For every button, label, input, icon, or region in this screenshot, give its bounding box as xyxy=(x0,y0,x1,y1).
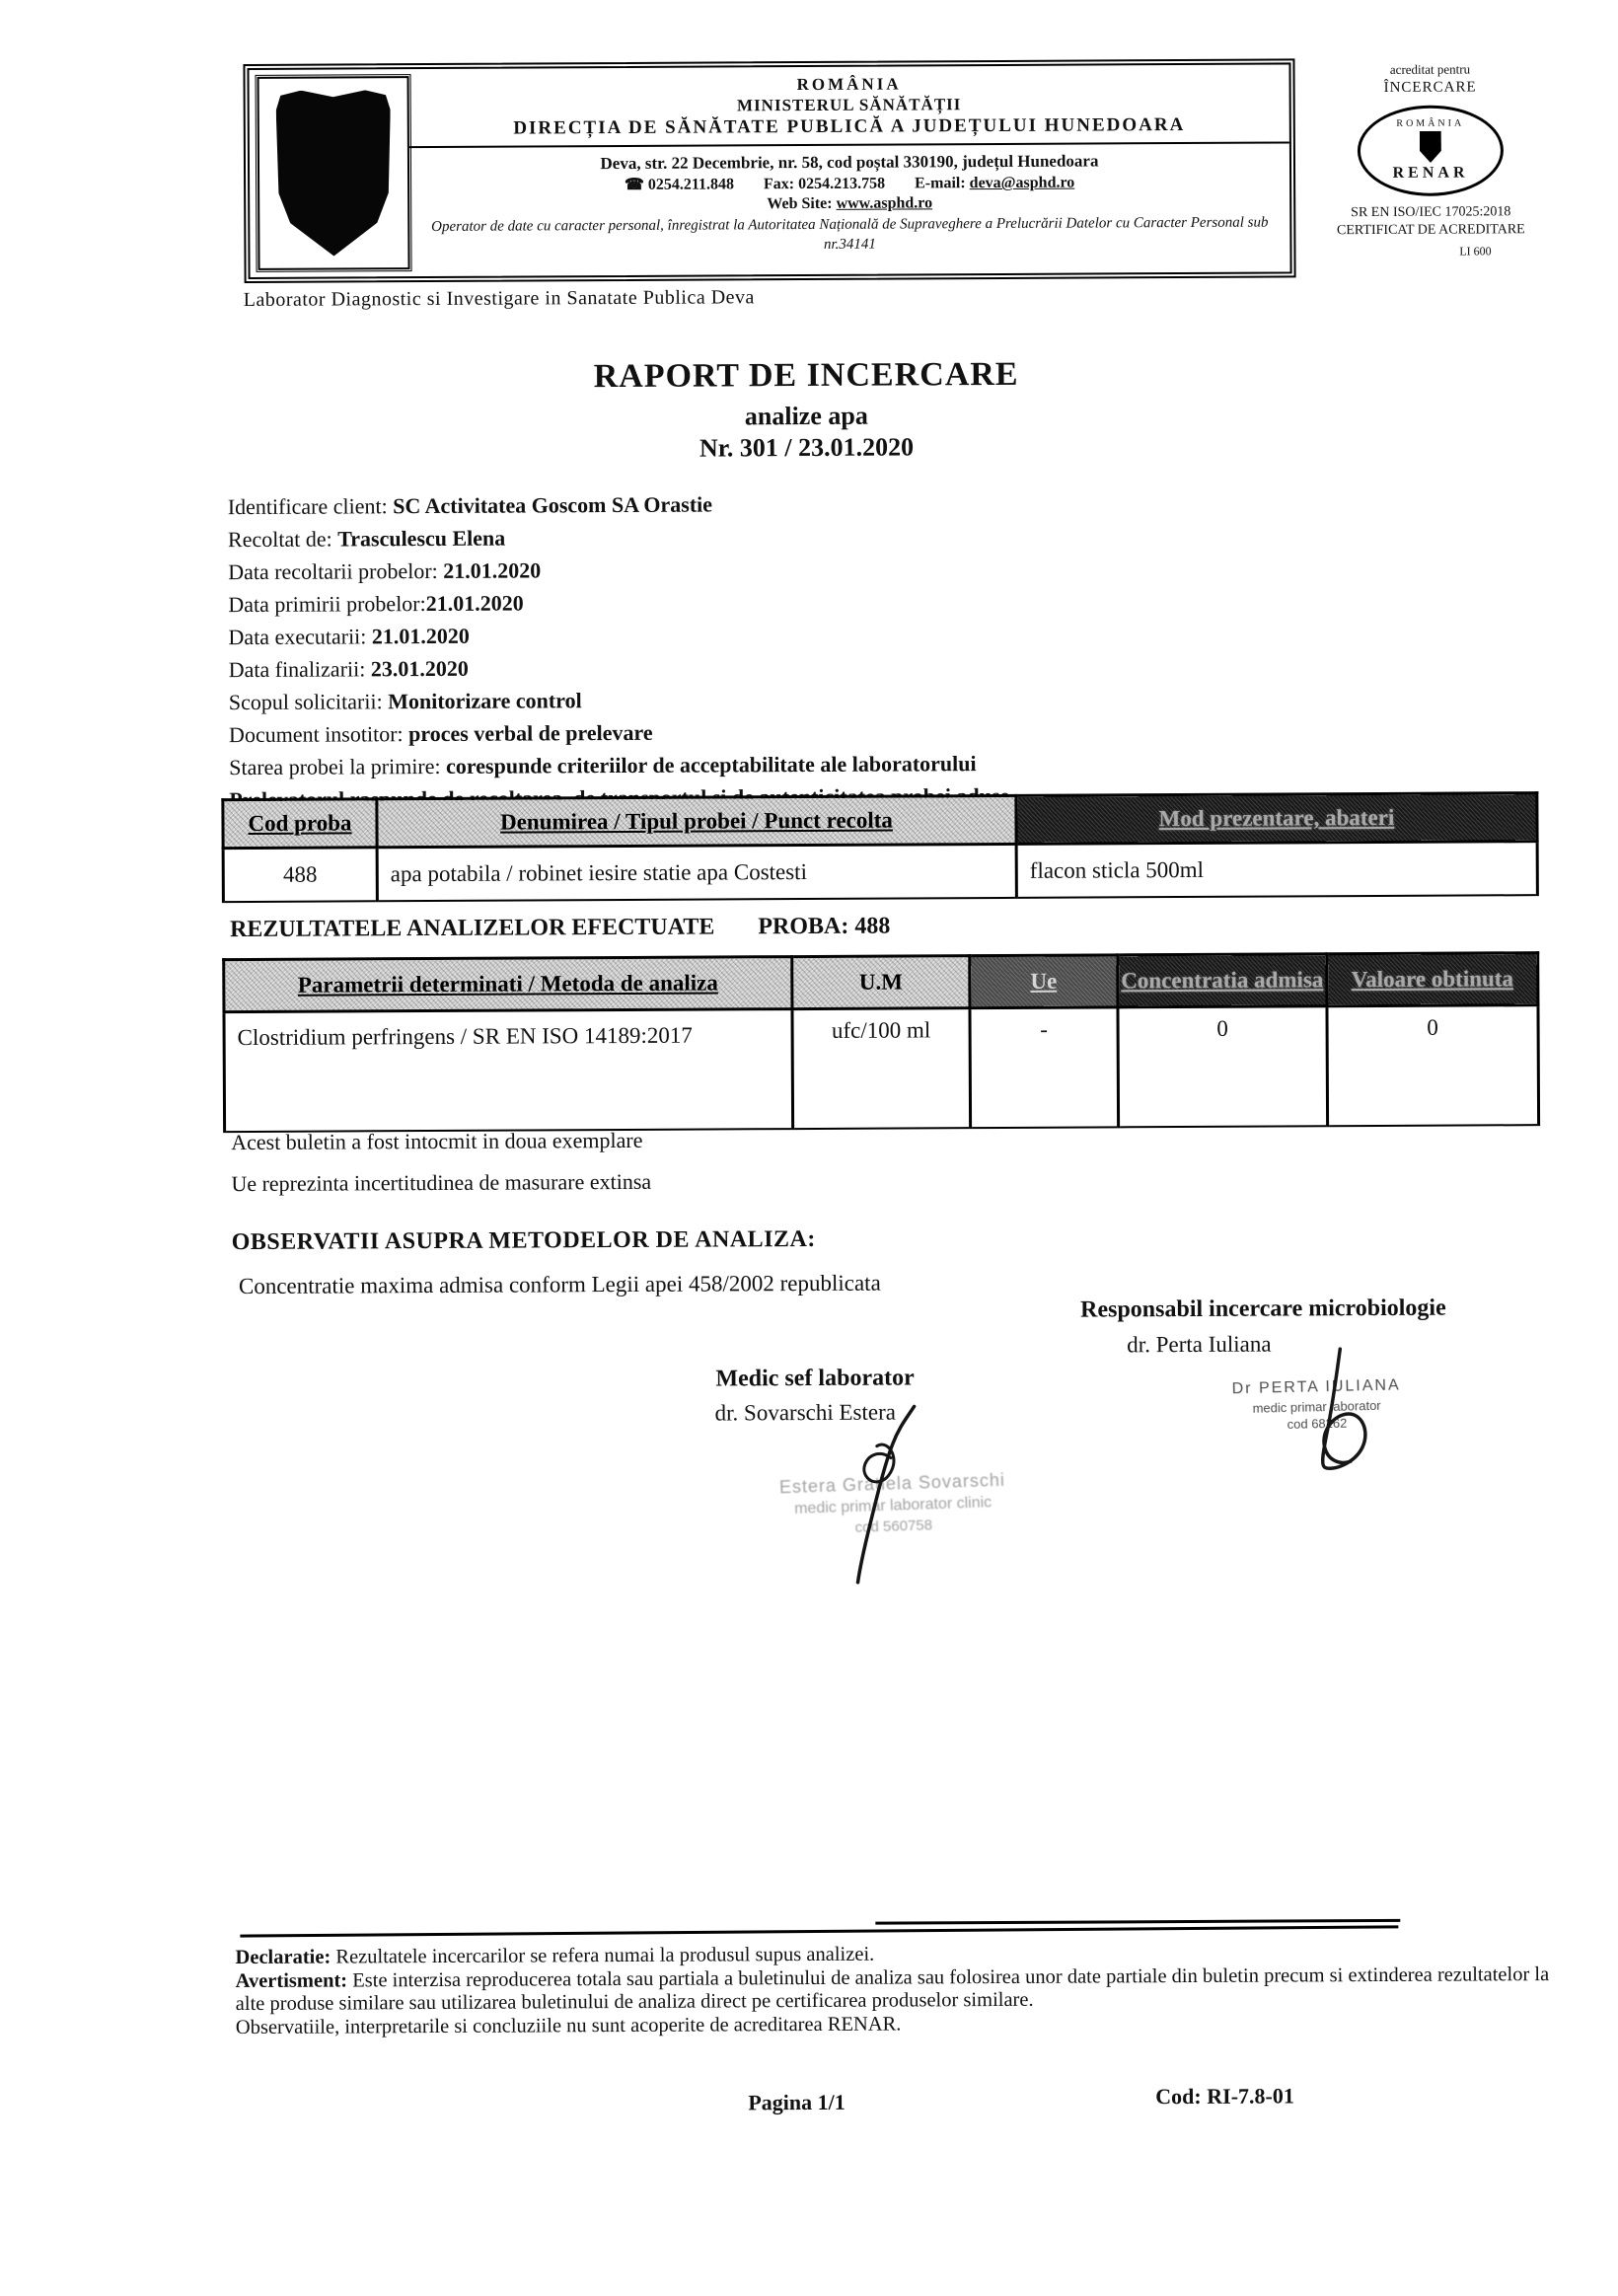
info-label: Identificare client: xyxy=(228,493,388,519)
info-label: Starea probei la primire: xyxy=(229,754,441,779)
renar-logo: ROMÂNIA RENAR xyxy=(1358,105,1504,196)
declaration-label: Declaratie: xyxy=(235,1947,331,1969)
info-label: Recoltat de: xyxy=(228,527,332,553)
info-value: corespunde criteriilor de acceptabilitat… xyxy=(446,751,977,778)
results-sample-ref: PROBA: 488 xyxy=(758,914,890,940)
letterhead-fax: 0254.213.758 xyxy=(798,176,885,192)
phone-icon: ☎ xyxy=(625,177,644,193)
info-label: Data finalizarii: xyxy=(229,656,366,682)
result-um: ufc/100 ml xyxy=(792,1008,971,1129)
scanned-report-page: ROMÂNIA MINISTERUL SĂNĂTĂȚII DIRECȚIA DE… xyxy=(0,0,1618,2296)
letterhead-operator-note: Operator de date cu caracter personal, î… xyxy=(421,214,1278,258)
letterhead-email: deva@asphd.ro xyxy=(970,175,1075,192)
sample-table-header-denumire: Denumirea / Tipul probei / Punct recolta xyxy=(377,795,1016,847)
accreditation-activity: ÎNCERCARE xyxy=(1306,78,1555,98)
coat-of-arms-box xyxy=(257,76,410,270)
results-heading: REZULTATELE ANALIZELOR EFECTUATEPROBA: 4… xyxy=(230,914,890,944)
chief-name: dr. Sovarschi Estera xyxy=(715,1400,896,1427)
results-header-concentratia: Concentratia admisa xyxy=(1118,954,1327,1007)
accreditation-standard: SR EN ISO/IEC 17025:2018 xyxy=(1306,203,1555,222)
result-parameter: Clostridium perfringens / SR EN ISO 1418… xyxy=(224,1009,793,1133)
responsible-title: Responsabil incercare microbiologie xyxy=(1080,1296,1446,1324)
accreditation-certificate-no: LI 600 xyxy=(1306,244,1555,259)
results-header-um: U.M xyxy=(792,956,970,1009)
info-label: Scopul solicitarii: xyxy=(229,689,383,714)
results-table-row: Clostridium perfringens / SR EN ISO 1418… xyxy=(224,1005,1539,1132)
info-value: 23.01.2020 xyxy=(371,656,469,682)
accreditation-tagline: acreditat pentru xyxy=(1305,61,1554,79)
report-title: RAPORT DE INCERCARE xyxy=(0,351,1615,402)
stamp-sovarschi: Estera Gratiela Sovarschi medic primar l… xyxy=(724,1466,1062,1542)
sample-table-header-cod: Cod proba xyxy=(223,799,377,849)
results-header-valoare: Valoare obtinuta xyxy=(1327,953,1538,1006)
sample-table-row: 488 apa potabila / robinet iesire statie… xyxy=(223,842,1537,902)
sample-info-block: Identificare client: SC Activitatea Gosc… xyxy=(228,483,1572,816)
result-concentratia: 0 xyxy=(1118,1006,1328,1128)
sample-cod-value: 488 xyxy=(223,848,377,902)
note-uncertainty: Ue reprezinta incertitudinea de masurare… xyxy=(231,1161,651,1205)
declaration-text: Rezultatele incercarilor se refera numai… xyxy=(335,1944,874,1968)
report-title-block: RAPORT DE INCERCARE analize apa Nr. 301 … xyxy=(0,351,1616,469)
results-header-parametri: Parametrii determinati / Metoda de anali… xyxy=(224,957,792,1012)
stamp-perta: Dr PERTA IULIANA medic primar laborator … xyxy=(1198,1374,1435,1436)
sample-denumire-value: apa potabila / robinet iesire statie apa… xyxy=(377,844,1016,901)
info-label: Data recoltarii probelor: xyxy=(228,558,438,584)
letterhead-web-label: Web Site: xyxy=(767,195,832,212)
info-label: Data primirii probelor: xyxy=(228,591,426,617)
warning-label: Avertisment: xyxy=(236,1969,348,1992)
letterhead-phone: 0254.211.848 xyxy=(648,177,734,193)
letterhead: ROMÂNIA MINISTERUL SĂNĂTĂȚII DIRECȚIA DE… xyxy=(247,62,1291,279)
info-value: Monitorizare control xyxy=(388,688,582,713)
result-valoare: 0 xyxy=(1327,1005,1539,1127)
info-value: 21.01.2020 xyxy=(443,557,541,583)
info-value: 21.01.2020 xyxy=(426,591,524,617)
footer-legal-text: Declaratie: Rezultatele incercarilor se … xyxy=(235,1940,1567,2039)
renar-logo-name: RENAR xyxy=(1393,164,1469,184)
info-value: Trasculescu Elena xyxy=(337,526,505,552)
letterhead-address: Deva, str. 22 Decembrie, nr. 58, cod poș… xyxy=(421,150,1278,175)
renar-logo-country: ROMÂNIA xyxy=(1396,117,1464,130)
result-ue: - xyxy=(970,1007,1119,1128)
coat-of-arms-icon xyxy=(276,90,392,257)
observations-heading: OBSERVATII ASUPRA METODELOR DE ANALIZA: xyxy=(232,1226,816,1256)
letterhead-divider xyxy=(409,141,1289,148)
responsible-name: dr. Perta Iuliana xyxy=(1127,1332,1271,1359)
sample-table-header-row: Cod proba Denumirea / Tipul probei / Pun… xyxy=(223,793,1537,849)
footer-divider-upper xyxy=(875,1919,1400,1925)
page-number: Pagina 1/1 xyxy=(748,2090,846,2116)
lab-name: Laborator Diagnostic si Investigare in S… xyxy=(244,286,755,312)
footer-warning: Avertisment: Este interzisa reproducerea… xyxy=(236,1963,1568,2016)
letterhead-web-line: Web Site: www.asphd.ro xyxy=(421,191,1278,215)
accreditation-block: acreditat pentru ÎNCERCARE ROMÂNIA RENAR… xyxy=(1305,61,1555,259)
letterhead-email-label: E-mail: xyxy=(915,176,966,192)
accreditation-certificate: CERTIFICAT DE ACREDITARE xyxy=(1306,221,1555,240)
sample-table-header-mod: Mod prezentare, abateri xyxy=(1016,793,1537,845)
note-copies: Acest buletin a fost intocmit in doua ex… xyxy=(231,1120,651,1163)
letterhead-text: ROMÂNIA MINISTERUL SĂNĂTĂȚII DIRECȚIA DE… xyxy=(408,64,1289,276)
observations-text: Concentratie maxima admisa conform Legii… xyxy=(239,1271,881,1299)
info-value: 21.01.2020 xyxy=(372,624,470,649)
document-code: Cod: RI-7.8-01 xyxy=(1155,2083,1294,2110)
results-heading-text: REZULTATELE ANALIZELOR EFECTUATE xyxy=(230,915,714,943)
renar-shield-icon xyxy=(1420,131,1441,163)
letterhead-directorate: DIRECȚIA DE SĂNĂTATE PUBLICĂ A JUDEȚULUI… xyxy=(421,113,1278,141)
letterhead-web: www.asphd.ro xyxy=(837,194,933,212)
chief-title: Medic sef laborator xyxy=(715,1365,914,1392)
results-header-ue: Ue xyxy=(970,955,1118,1008)
footer-divider xyxy=(240,1925,1398,1937)
report-notes: Acest buletin a fost intocmit in doua ex… xyxy=(231,1120,651,1205)
sample-table: Cod proba Denumirea / Tipul probei / Pun… xyxy=(221,791,1539,903)
letterhead-fax-label: Fax: xyxy=(764,176,794,192)
info-label: Data executarii: xyxy=(228,624,366,649)
result-parameter-text: Clostridium perfringens / SR EN ISO 1418… xyxy=(238,1019,693,1055)
warning-text: Este interzisa reproducerea totala sau p… xyxy=(236,1963,1550,2015)
sample-mod-value: flacon sticla 500ml xyxy=(1016,842,1537,898)
results-table-header-row: Parametrii determinati / Metoda de anali… xyxy=(224,953,1538,1012)
info-value: SC Activitatea Goscom SA Orastie xyxy=(393,492,712,519)
info-label: Document insotitor: xyxy=(229,721,404,747)
results-table: Parametrii determinati / Metoda de anali… xyxy=(222,951,1540,1133)
info-value: proces verbal de prelevare xyxy=(408,720,653,746)
